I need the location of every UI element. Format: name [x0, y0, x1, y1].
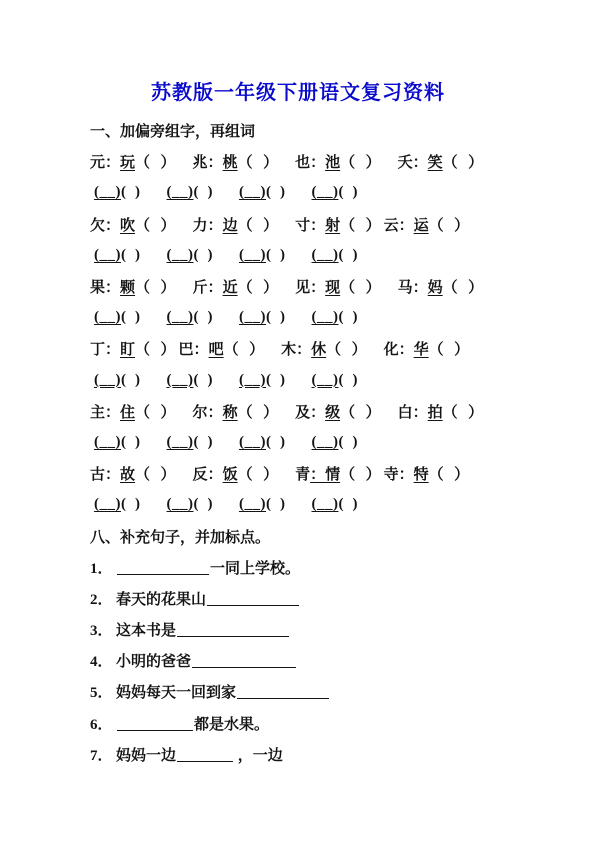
derived-char: 运 — [414, 214, 429, 235]
answer-group: (__)( ) — [94, 496, 141, 513]
answer-paren-plain: ( ) — [121, 434, 141, 450]
fill-in-blank — [117, 560, 209, 575]
derived-char: 特 — [414, 463, 429, 484]
answer-paren-plain: ( ) — [194, 372, 214, 388]
radical-word-row: 元：玩（ ）兆：桃（ ）也：池（ ）夭：笑（ ） — [90, 146, 596, 177]
base-char: 果： — [90, 276, 120, 297]
fill-in-blank — [207, 591, 299, 606]
word-paren: （ ） — [443, 151, 485, 172]
base-char: 见： — [295, 276, 325, 297]
answer-group: (__)( ) — [167, 496, 214, 513]
derived-char: 妈 — [428, 276, 443, 297]
answer-group: (__)( ) — [239, 184, 286, 201]
base-char: 白： — [398, 401, 428, 422]
derived-char: ：情 — [310, 463, 340, 484]
sentence-text: 春天的花果山 — [116, 588, 206, 609]
char-pair: 白：拍（ ） — [398, 401, 485, 422]
word-paren: （ ） — [135, 151, 177, 172]
base-char: 青 — [295, 463, 310, 484]
word-paren: （ ） — [238, 463, 280, 484]
char-pair: 马：妈（ ） — [398, 276, 485, 297]
section1-heading: 一、加偏旁组字，再组词 — [90, 115, 596, 146]
item-number: 7． — [90, 744, 116, 765]
answer-paren-plain: ( ) — [121, 496, 141, 512]
sentence-text: 都是水果。 — [194, 713, 269, 734]
base-char: 丁： — [90, 338, 120, 359]
word-paren: （ ） — [429, 214, 471, 235]
char-pair: 及：级（ ） — [295, 401, 382, 422]
answer-paren-plain: ( ) — [266, 309, 286, 325]
char-pair: 尔：称（ ） — [193, 401, 280, 422]
answer-paren-underlined: (__) — [239, 372, 266, 388]
derived-char: 桃 — [223, 151, 238, 172]
answer-paren-underlined: (__) — [312, 309, 339, 325]
derived-char: 休 — [311, 338, 326, 359]
base-char: 巴： — [179, 338, 209, 359]
derived-char: 住 — [120, 401, 135, 422]
char-pair: 主：住（ ） — [90, 401, 177, 422]
answer-group: (__)( ) — [94, 434, 141, 451]
radical-word-row: 果：颗（ ）斤：近（ ）见：现（ ）马：妈（ ） — [90, 271, 596, 302]
answer-group: (__)( ) — [94, 184, 141, 201]
answer-paren-underlined: (__) — [94, 184, 121, 200]
sentence-text: 小明的爸爸 — [116, 650, 191, 671]
answer-paren-underlined: (__) — [239, 496, 266, 512]
word-paren: （ ） — [340, 276, 382, 297]
word-paren: （ ） — [238, 151, 280, 172]
fill-in-blank — [192, 653, 296, 668]
base-char: 寺： — [384, 463, 414, 484]
base-char: 化： — [384, 338, 414, 359]
derived-char: 边 — [223, 214, 238, 235]
answer-group: (__)( ) — [239, 309, 286, 326]
answer-group: (__)( ) — [167, 247, 214, 264]
answer-paren-underlined: (__) — [167, 184, 194, 200]
word-paren: （ ） — [135, 401, 177, 422]
char-pair: 见：现（ ） — [295, 276, 382, 297]
derived-char: 玩 — [120, 151, 135, 172]
item-number: 6． — [90, 713, 116, 734]
answer-paren-underlined: (__) — [239, 309, 266, 325]
word-paren: （ ） — [135, 338, 177, 359]
char-pair: 寸：射（ ） — [295, 214, 382, 235]
sentence-text: 妈妈一边 — [116, 744, 176, 765]
derived-char: 近 — [223, 276, 238, 297]
answer-paren-plain: ( ) — [339, 247, 359, 263]
char-pair: 果：颗（ ） — [90, 276, 177, 297]
answer-group: (__)( ) — [167, 309, 214, 326]
fill-in-blank — [237, 684, 329, 699]
answer-blank-row: (__)( )(__)( )(__)( )(__)( ) — [90, 240, 596, 271]
answer-paren-underlined: (__) — [312, 496, 339, 512]
page-title: 苏教版一年级下册语文复习资料 — [0, 0, 596, 105]
base-char: 也： — [295, 151, 325, 172]
char-pair: 元：玩（ ） — [90, 151, 177, 172]
fill-in-blank — [117, 716, 193, 731]
answer-group: (__)( ) — [94, 247, 141, 264]
base-char: 力： — [193, 214, 223, 235]
char-pair: 古：故（ ） — [90, 463, 177, 484]
answer-paren-underlined: (__) — [312, 434, 339, 450]
answer-group: (__)( ) — [312, 247, 359, 264]
answer-group: (__)( ) — [94, 309, 141, 326]
answer-paren-plain: ( ) — [339, 372, 359, 388]
answer-paren-plain: ( ) — [266, 184, 286, 200]
base-char: 尔： — [193, 401, 223, 422]
sentence-item: 4．小明的爸爸 — [90, 645, 596, 676]
answer-paren-plain: ( ) — [194, 309, 214, 325]
answer-group: (__)( ) — [239, 496, 286, 513]
base-char: 主： — [90, 401, 120, 422]
base-char: 斤： — [193, 276, 223, 297]
answer-blank-row: (__)( )(__)( )(__)( )(__)( ) — [90, 302, 596, 333]
sentence-text: 这本书是 — [116, 619, 176, 640]
radical-word-row: 主：住（ ）尔：称（ ）及：级（ ）白：拍（ ） — [90, 396, 596, 427]
derived-char: 现 — [325, 276, 340, 297]
derived-char: 称 — [223, 401, 238, 422]
answer-group: (__)( ) — [312, 184, 359, 201]
derived-char: 射 — [325, 214, 340, 235]
answer-paren-plain: ( ) — [339, 309, 359, 325]
sentence-item: 3．这本书是 — [90, 614, 596, 645]
answer-paren-underlined: (__) — [167, 309, 194, 325]
answer-paren-underlined: (__) — [239, 247, 266, 263]
base-char: 夭： — [398, 151, 428, 172]
answer-paren-underlined: (__) — [94, 496, 121, 512]
answer-group: (__)( ) — [167, 372, 214, 389]
word-paren: （ ） — [340, 401, 382, 422]
sentence-item: 2．春天的花果山 — [90, 583, 596, 614]
answer-paren-plain: ( ) — [121, 247, 141, 263]
answer-paren-plain: ( ) — [121, 184, 141, 200]
char-pair: 欠：吹（ ） — [90, 214, 177, 235]
answer-group: (__)( ) — [239, 372, 286, 389]
base-char: 马： — [398, 276, 428, 297]
answer-paren-underlined: (__) — [167, 434, 194, 450]
answer-group: (__)( ) — [167, 434, 214, 451]
answer-paren-underlined: (__) — [312, 372, 339, 388]
answer-paren-underlined: (__) — [239, 434, 266, 450]
word-paren: （ ） — [443, 401, 485, 422]
answer-group: (__)( ) — [94, 372, 141, 389]
answer-paren-plain: ( ) — [194, 496, 214, 512]
derived-char: 饭 — [223, 463, 238, 484]
char-pair: 化：华（ ） — [384, 338, 471, 359]
section8-heading: 八、补充句子，并加标点。 — [90, 520, 596, 551]
char-pair: 也：池（ ） — [295, 151, 382, 172]
word-paren: （ ） — [443, 276, 485, 297]
worksheet-content: 一、加偏旁组字，再组词 元：玩（ ）兆：桃（ ）也：池（ ）夭：笑（ ）(__)… — [90, 115, 596, 770]
answer-paren-underlined: (__) — [94, 434, 121, 450]
item-number: 1． — [90, 557, 116, 578]
sentence-item: 6．都是水果。 — [90, 708, 596, 739]
sentence-text: 一同上学校。 — [210, 557, 300, 578]
answer-blank-row: (__)( )(__)( )(__)( )(__)( ) — [90, 489, 596, 520]
fill-in-blank — [177, 747, 233, 762]
answer-paren-plain: ( ) — [121, 372, 141, 388]
item-number: 2． — [90, 588, 116, 609]
base-char: 元： — [90, 151, 120, 172]
derived-char: 吹 — [120, 214, 135, 235]
answer-paren-plain: ( ) — [266, 372, 286, 388]
answer-blank-row: (__)( )(__)( )(__)( )(__)( ) — [90, 365, 596, 396]
char-pair: 夭：笑（ ） — [398, 151, 485, 172]
answer-paren-plain: ( ) — [266, 496, 286, 512]
answer-blank-row: (__)( )(__)( )(__)( )(__)( ) — [90, 177, 596, 208]
worksheet-page: 苏教版一年级下册语文复习资料 一、加偏旁组字，再组词 元：玩（ ）兆：桃（ ）也… — [0, 0, 596, 842]
answer-paren-plain: ( ) — [121, 309, 141, 325]
derived-char: 级 — [325, 401, 340, 422]
answer-group: (__)( ) — [312, 309, 359, 326]
char-pair: 反：饭（ ） — [193, 463, 280, 484]
base-char: 古： — [90, 463, 120, 484]
answer-paren-underlined: (__) — [167, 496, 194, 512]
char-pair: 青：情（ ） — [295, 463, 382, 484]
answer-group: (__)( ) — [312, 434, 359, 451]
answer-paren-underlined: (__) — [312, 247, 339, 263]
answer-group: (__)( ) — [239, 247, 286, 264]
word-paren: （ ） — [238, 401, 280, 422]
char-pair: 木：休（ ） — [281, 338, 368, 359]
derived-char: 吧 — [209, 338, 224, 359]
char-pair: 云：运（ ） — [384, 214, 471, 235]
char-pair: 丁：盯（ ） — [90, 338, 177, 359]
word-paren: （ ） — [238, 214, 280, 235]
answer-paren-underlined: (__) — [94, 309, 121, 325]
word-paren: （ ） — [135, 214, 177, 235]
radical-word-row: 欠：吹（ ）力：边（ ）寸：射（ ）云：运（ ） — [90, 209, 596, 240]
word-paren: （ ） — [238, 276, 280, 297]
section8-items: 1．一同上学校。2．春天的花果山3．这本书是4．小明的爸爸5．妈妈每天一回到家6… — [90, 552, 596, 770]
sentence-text: 妈妈每天一回到家 — [116, 681, 236, 702]
radical-word-row: 古：故（ ）反：饭（ ）青：情（ ）寺：特（ ） — [90, 458, 596, 489]
char-pair: 力：边（ ） — [193, 214, 280, 235]
answer-paren-underlined: (__) — [94, 247, 121, 263]
word-paren: （ ） — [224, 338, 266, 359]
word-paren: （ ） — [429, 338, 471, 359]
word-paren: （ ） — [340, 151, 382, 172]
derived-char: 笑 — [428, 151, 443, 172]
derived-char: 颗 — [120, 276, 135, 297]
answer-paren-plain: ( ) — [194, 184, 214, 200]
answer-paren-plain: ( ) — [339, 434, 359, 450]
sentence-text: ，一边 — [234, 744, 283, 765]
answer-paren-plain: ( ) — [194, 247, 214, 263]
answer-paren-underlined: (__) — [167, 247, 194, 263]
base-char: 兆： — [193, 151, 223, 172]
sentence-item: 5．妈妈每天一回到家 — [90, 676, 596, 707]
derived-char: 故 — [120, 463, 135, 484]
sentence-item: 1．一同上学校。 — [90, 552, 596, 583]
char-pair: 寺：特（ ） — [384, 463, 471, 484]
word-paren: （ ） — [340, 463, 382, 484]
answer-paren-underlined: (__) — [312, 184, 339, 200]
answer-paren-plain: ( ) — [339, 496, 359, 512]
answer-group: (__)( ) — [312, 372, 359, 389]
answer-paren-plain: ( ) — [266, 434, 286, 450]
word-paren: （ ） — [135, 276, 177, 297]
char-pair: 巴：吧（ ） — [179, 338, 266, 359]
base-char: 欠： — [90, 214, 120, 235]
answer-group: (__)( ) — [167, 184, 214, 201]
derived-char: 池 — [325, 151, 340, 172]
derived-char: 盯 — [120, 338, 135, 359]
item-number: 4． — [90, 650, 116, 671]
answer-group: (__)( ) — [239, 434, 286, 451]
sentence-item: 7．妈妈一边 ，一边 — [90, 739, 596, 770]
item-number: 3． — [90, 619, 116, 640]
char-pair: 兆：桃（ ） — [193, 151, 280, 172]
item-number: 5． — [90, 681, 116, 702]
base-char: 及： — [295, 401, 325, 422]
word-paren: （ ） — [340, 214, 382, 235]
answer-group: (__)( ) — [312, 496, 359, 513]
answer-paren-plain: ( ) — [339, 184, 359, 200]
answer-paren-underlined: (__) — [167, 372, 194, 388]
derived-char: 华 — [414, 338, 429, 359]
base-char: 木： — [281, 338, 311, 359]
char-pair: 斤：近（ ） — [193, 276, 280, 297]
base-char: 云： — [384, 214, 414, 235]
section1-rows: 元：玩（ ）兆：桃（ ）也：池（ ）夭：笑（ ）(__)( )(__)( )(_… — [90, 146, 596, 520]
answer-paren-underlined: (__) — [94, 372, 121, 388]
radical-word-row: 丁：盯（ ）巴：吧（ ）木：休（ ）化：华（ ） — [90, 333, 596, 364]
word-paren: （ ） — [135, 463, 177, 484]
answer-paren-underlined: (__) — [239, 184, 266, 200]
base-char: 寸： — [295, 214, 325, 235]
fill-in-blank — [177, 622, 289, 637]
base-char: 反： — [193, 463, 223, 484]
answer-paren-plain: ( ) — [266, 247, 286, 263]
word-paren: （ ） — [326, 338, 368, 359]
derived-char: 拍 — [428, 401, 443, 422]
answer-blank-row: (__)( )(__)( )(__)( )(__)( ) — [90, 427, 596, 458]
answer-paren-plain: ( ) — [194, 434, 214, 450]
word-paren: （ ） — [429, 463, 471, 484]
